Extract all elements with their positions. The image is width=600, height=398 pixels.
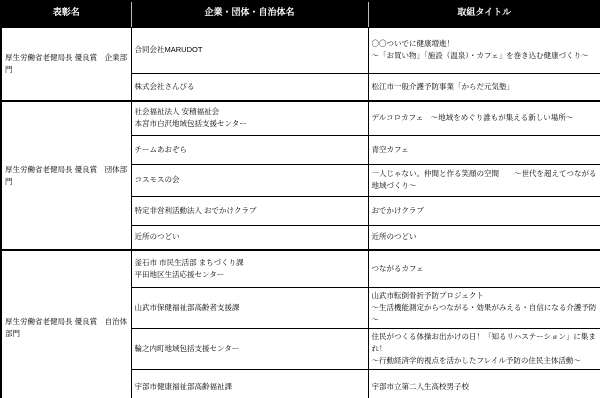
title-cell: 松江市一般介護予防事業「からだ元気塾」 (368, 73, 600, 101)
title-cell: 青空カフェ (368, 135, 600, 164)
org-cell: コスモスの会 (131, 164, 368, 196)
org-cell: 輪之内町地域包括支援センター (131, 328, 368, 369)
title-cell: つながるカフェ (368, 250, 600, 287)
header-row: 表彰名 企業・団体・自治体名 取組タイトル (1, 1, 600, 27)
title-cell: 住民がつくる体操お出かけの日！「知るリハステーション」に集まれ！ ～行動経済学的… (368, 328, 600, 369)
table-row: 厚生労働省老健局長 優良賞 団体部門 社会福祉法人 安積福祉会 本宮市白沢地域包… (1, 101, 600, 135)
org-cell: 特定非営利活動法人 おでかけクラブ (131, 196, 368, 225)
award-table: 表彰名 企業・団体・自治体名 取組タイトル 厚生労働省老健局長 優良賞 企業部門… (0, 0, 600, 398)
org-cell: 宇部市健康福祉部高齢福祉課 (131, 369, 368, 398)
page: 表彰名 企業・団体・自治体名 取組タイトル 厚生労働省老健局長 優良賞 企業部門… (0, 0, 600, 398)
org-cell: チームあおぞら (131, 135, 368, 164)
title-cell: 山武市転倒骨折予防プロジェクト ～生活機能測定からつながる・効果がみえる・自信に… (368, 287, 600, 328)
award-cell: 厚生労働省老健局長 優良賞 団体部門 (1, 101, 131, 250)
title-cell: デルコロカフェ ～地域をめぐり誰もが集える新しい場所～ (368, 101, 600, 135)
title-cell: 近所のつどい (368, 225, 600, 250)
org-cell: 近所のつどい (131, 225, 368, 250)
org-cell: 株式会社さんびる (131, 73, 368, 101)
org-cell: 山武市保健福祉部高齢者支援課 (131, 287, 368, 328)
col-header-initiative-title: 取組タイトル (368, 1, 600, 27)
title-cell: 一人じゃない。仲間と作る笑顔の空間 ～世代を超えてつながる地域づくり～ (368, 164, 600, 196)
title-cell: おでかけクラブ (368, 196, 600, 225)
table-row: 厚生労働省老健局長 優良賞 自治体部門 釜石市 市民生活部 まちづくり課 平田地… (1, 250, 600, 287)
title-cell: 宇部市立第二人生高校男子校 (368, 369, 600, 398)
table-row: 厚生労働省老健局長 優良賞 企業部門 合同会社MARUDOT 〇〇ついでに健康増… (1, 27, 600, 73)
award-cell: 厚生労働省老健局長 優良賞 企業部門 (1, 27, 131, 101)
col-header-award-name: 表彰名 (1, 1, 131, 27)
award-cell: 厚生労働省老健局長 優良賞 自治体部門 (1, 250, 131, 398)
col-header-organization-name: 企業・団体・自治体名 (131, 1, 368, 27)
org-cell: 社会福祉法人 安積福祉会 本宮市白沢地域包括支援センター (131, 101, 368, 135)
org-cell: 合同会社MARUDOT (131, 27, 368, 73)
title-cell: 〇〇ついでに健康増進！ ～「お買い物」「施設（温泉）・カフェ」を巻き込む健康づく… (368, 27, 600, 73)
org-cell: 釜石市 市民生活部 まちづくり課 平田地区生活応援センター (131, 250, 368, 287)
